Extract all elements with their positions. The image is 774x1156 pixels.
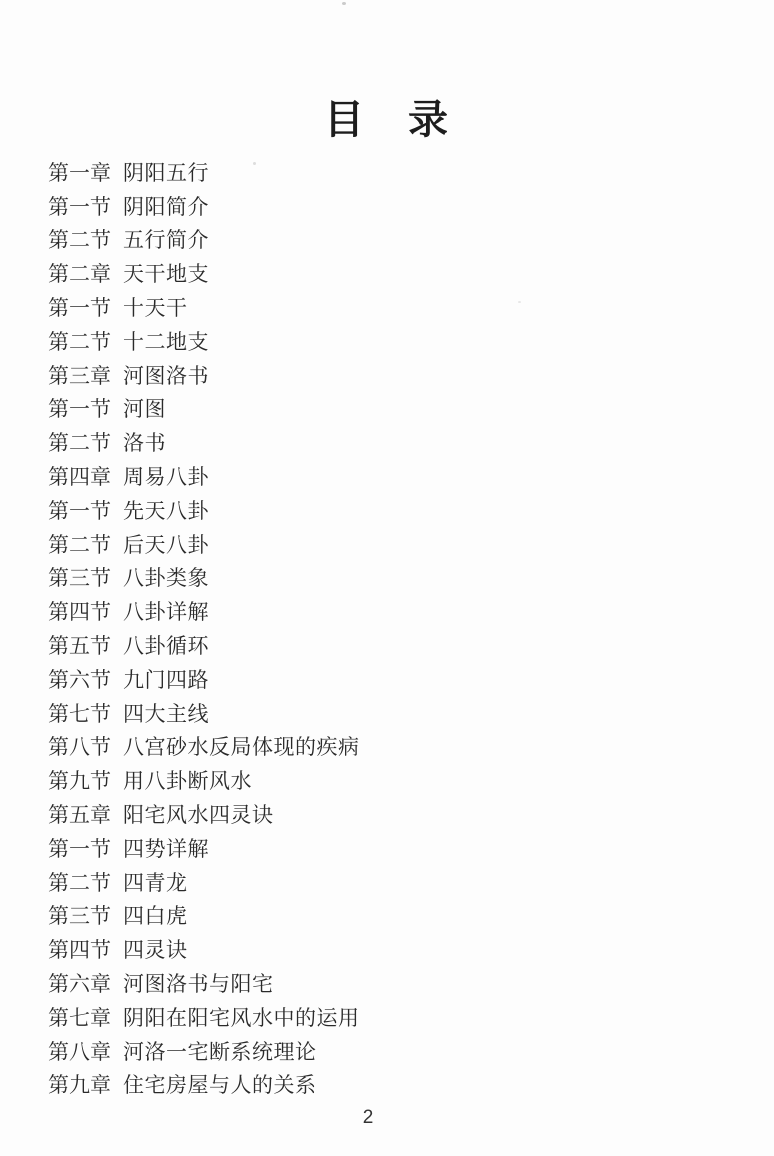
toc-entry-number: 第二节 bbox=[48, 867, 111, 897]
toc-entry: 第五节八卦循环 bbox=[48, 628, 744, 662]
toc-entry: 第七章阴阳在阳宅风水中的运用 bbox=[48, 1000, 744, 1034]
toc-entry-title: 天干地支 bbox=[123, 258, 209, 288]
toc-entry-number: 第六节 bbox=[48, 664, 111, 694]
page-title: 目 录 bbox=[0, 96, 774, 144]
toc-entry: 第二节后天八卦 bbox=[48, 527, 744, 561]
toc-entry-number: 第一章 bbox=[48, 157, 111, 187]
toc-entry-number: 第一节 bbox=[48, 833, 111, 863]
toc-entry-number: 第一节 bbox=[48, 191, 111, 221]
toc-entry-number: 第五节 bbox=[48, 630, 111, 660]
toc-entry-number: 第三章 bbox=[48, 360, 111, 390]
toc-entry-number: 第二节 bbox=[48, 529, 111, 559]
toc-entry: 第二节五行简介 bbox=[48, 223, 744, 257]
toc-entry-number: 第九节 bbox=[48, 765, 111, 795]
toc-entry: 第四章周易八卦 bbox=[48, 459, 744, 493]
toc-entry-number: 第三节 bbox=[48, 900, 111, 930]
toc-entry: 第二节洛书 bbox=[48, 425, 744, 459]
toc-entry: 第一节四势详解 bbox=[48, 831, 744, 865]
toc-entry: 第三章河图洛书 bbox=[48, 358, 744, 392]
toc-entry-title: 四大主线 bbox=[123, 698, 209, 728]
toc-entry: 第一节十天干 bbox=[48, 290, 744, 324]
toc-entry-title: 五行简介 bbox=[123, 224, 209, 254]
toc-entry-title: 先天八卦 bbox=[123, 495, 209, 525]
toc-entry: 第七节四大主线 bbox=[48, 696, 744, 730]
toc-entry-number: 第二章 bbox=[48, 258, 111, 288]
scan-speck bbox=[342, 2, 346, 5]
toc-entry-title: 用八卦断风水 bbox=[123, 765, 252, 795]
page-number: 2 bbox=[0, 1107, 755, 1129]
toc-entry-number: 第三节 bbox=[48, 562, 111, 592]
toc-entry-title: 十二地支 bbox=[123, 326, 209, 356]
toc-entry-title: 八卦循环 bbox=[123, 630, 209, 660]
toc-entry: 第一节阴阳简介 bbox=[48, 189, 744, 223]
toc-entry-number: 第二节 bbox=[48, 326, 111, 356]
toc-entry-title: 四青龙 bbox=[123, 867, 188, 897]
toc-entry-title: 住宅房屋与人的关系 bbox=[123, 1069, 317, 1099]
toc-entry-number: 第七章 bbox=[48, 1002, 111, 1032]
toc-entry-title: 八宫砂水反局体现的疾病 bbox=[123, 731, 360, 761]
toc-entry: 第二节十二地支 bbox=[48, 324, 744, 358]
toc-entry: 第一章阴阳五行 bbox=[48, 155, 744, 189]
toc-entry: 第四节四灵诀 bbox=[48, 932, 744, 966]
toc-entry-title: 十天干 bbox=[123, 292, 188, 322]
toc-entry-number: 第四章 bbox=[48, 461, 111, 491]
toc-entry-title: 周易八卦 bbox=[123, 461, 209, 491]
toc-entry: 第八章河洛一宅断系统理论 bbox=[48, 1034, 744, 1068]
toc-entry-title: 洛书 bbox=[123, 427, 166, 457]
toc-entry-number: 第四节 bbox=[48, 596, 111, 626]
toc-entry-title: 八卦类象 bbox=[123, 562, 209, 592]
toc-entry-title: 河洛一宅断系统理论 bbox=[123, 1036, 317, 1066]
toc-entry-title: 阴阳五行 bbox=[123, 157, 209, 187]
toc-entry: 第四节八卦详解 bbox=[48, 594, 744, 628]
toc-entry: 第三节四白虎 bbox=[48, 899, 744, 933]
toc-entry: 第六章河图洛书与阳宅 bbox=[48, 966, 744, 1000]
toc-entry-title: 九门四路 bbox=[123, 664, 209, 694]
toc-entry: 第六节九门四路 bbox=[48, 662, 744, 696]
toc-entry-number: 第八章 bbox=[48, 1036, 111, 1066]
document-page: 目 录 第一章阴阳五行第一节阴阳简介第二节五行简介第二章天干地支第一节十天干第二… bbox=[0, 0, 774, 1156]
toc-entry-title: 四灵诀 bbox=[123, 934, 188, 964]
toc-entry: 第八节八宫砂水反局体现的疾病 bbox=[48, 730, 744, 764]
toc-entry-number: 第一节 bbox=[48, 292, 111, 322]
toc-entry: 第二节四青龙 bbox=[48, 865, 744, 899]
toc-entry-title: 八卦详解 bbox=[123, 596, 209, 626]
toc-entry-title: 河图洛书与阳宅 bbox=[123, 968, 274, 998]
toc-entry-title: 阴阳简介 bbox=[123, 191, 209, 221]
toc-entry: 第二章天干地支 bbox=[48, 256, 744, 290]
toc-entry-title: 阳宅风水四灵诀 bbox=[123, 799, 274, 829]
toc-entry-title: 河图洛书 bbox=[123, 360, 209, 390]
toc-entry: 第五章阳宅风水四灵诀 bbox=[48, 797, 744, 831]
toc-entry: 第九章住宅房屋与人的关系 bbox=[48, 1068, 744, 1102]
toc-entry-number: 第六章 bbox=[48, 968, 111, 998]
toc-entry-number: 第二节 bbox=[48, 224, 111, 254]
toc-entry-number: 第八节 bbox=[48, 731, 111, 761]
toc-entry: 第一节先天八卦 bbox=[48, 493, 744, 527]
toc-entry: 第九节用八卦断风水 bbox=[48, 763, 744, 797]
toc-entry-number: 第七节 bbox=[48, 698, 111, 728]
toc-entry-number: 第一节 bbox=[48, 495, 111, 525]
toc-entry-title: 后天八卦 bbox=[123, 529, 209, 559]
toc-entry-title: 四势详解 bbox=[123, 833, 209, 863]
toc-entry-title: 四白虎 bbox=[123, 900, 188, 930]
toc-list: 第一章阴阳五行第一节阴阳简介第二节五行简介第二章天干地支第一节十天干第二节十二地… bbox=[48, 155, 744, 1101]
toc-entry-title: 阴阳在阳宅风水中的运用 bbox=[123, 1002, 360, 1032]
toc-entry-number: 第五章 bbox=[48, 799, 111, 829]
toc-entry-title: 河图 bbox=[123, 393, 166, 423]
toc-entry-number: 第二节 bbox=[48, 427, 111, 457]
toc-entry-number: 第一节 bbox=[48, 393, 111, 423]
toc-entry: 第三节八卦类象 bbox=[48, 561, 744, 595]
toc-entry-number: 第四节 bbox=[48, 934, 111, 964]
toc-entry: 第一节河图 bbox=[48, 392, 744, 426]
toc-entry-number: 第九章 bbox=[48, 1069, 111, 1099]
